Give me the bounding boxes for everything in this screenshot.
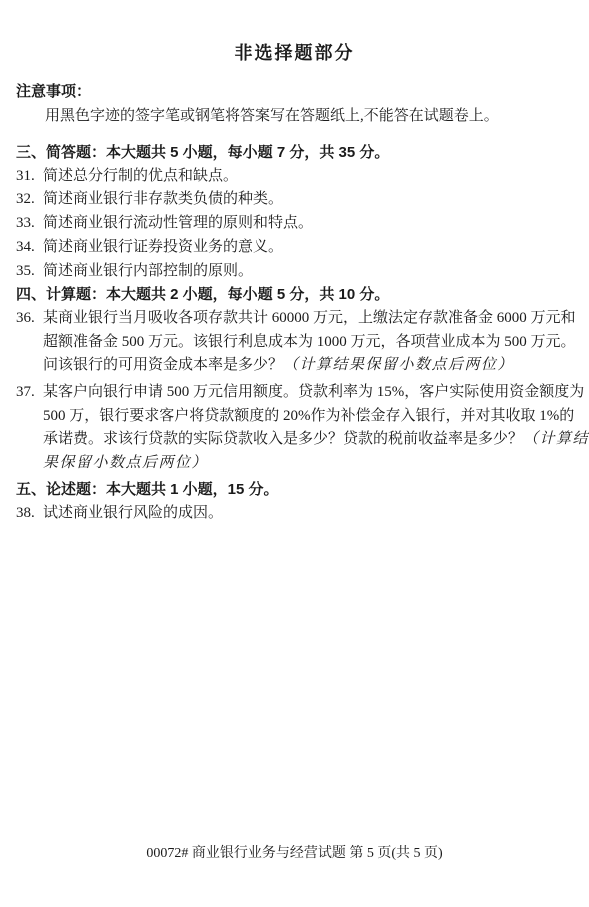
question-number: 31. bbox=[16, 165, 43, 189]
question-35: 35. 简述商业银行内部控制的原则。 bbox=[16, 260, 575, 284]
calc-note: （计算结 bbox=[523, 431, 589, 447]
notice-block: 注意事项： 用黑色字迹的签字笔或钢笔将答案写在答题纸上,不能答在试题卷上。 bbox=[0, 80, 589, 128]
question-number: 37. bbox=[16, 381, 43, 405]
question-number: 34. bbox=[16, 236, 43, 260]
question-text: 某商业银行当月吸收各项存款共计 60000 万元，上缴法定存款准备金 6000 … bbox=[43, 310, 576, 326]
calc-note: 果保留小数点后两位） bbox=[43, 455, 208, 471]
question-number: 33. bbox=[16, 212, 43, 236]
question-33: 33. 简述商业银行流动性管理的原则和特点。 bbox=[16, 212, 575, 236]
question-37: 37. 某客户向银行申请 500 万元信用额度。贷款利率为 15%，客户实际使用… bbox=[16, 381, 575, 476]
question-32: 32. 简述商业银行非存款类负债的种类。 bbox=[16, 188, 575, 212]
question-text: 简述总分行制的优点和缺点。 bbox=[43, 168, 238, 184]
question-text: 500 万，银行要求客户将贷款额度的 20%作为补偿金存入银行，并对其收取 1%… bbox=[43, 408, 574, 424]
question-text: 试述商业银行风险的成因。 bbox=[43, 505, 223, 521]
question-text: 某客户向银行申请 500 万元信用额度。贷款利率为 15%，客户实际使用资金额度… bbox=[43, 384, 584, 400]
question-text: 问该银行的可用资金成本率是多少？ bbox=[43, 357, 283, 373]
question-number: 35. bbox=[16, 260, 43, 284]
question-36: 36. 某商业银行当月吸收各项存款共计 60000 万元，上缴法定存款准备金 6… bbox=[16, 307, 575, 378]
question-number: 32. bbox=[16, 188, 43, 212]
question-34: 34. 简述商业银行证券投资业务的意义。 bbox=[16, 236, 575, 260]
question-text: 承诺费。求该行贷款的实际贷款收入是多少？贷款的税前收益率是多少？ bbox=[43, 431, 523, 447]
question-38: 38. 试述商业银行风险的成因。 bbox=[16, 502, 575, 526]
section-heading-5: 五、论述题：本大题共 1 小题，15 分。 bbox=[16, 478, 575, 502]
exam-page: 非选择题部分 注意事项： 用黑色字迹的签字笔或钢笔将答案写在答题纸上,不能答在试… bbox=[0, 0, 589, 907]
notice-label: 注意事项： bbox=[16, 80, 589, 104]
question-number: 36. bbox=[16, 307, 43, 331]
question-31: 31. 简述总分行制的优点和缺点。 bbox=[16, 165, 575, 189]
question-number: 38. bbox=[16, 502, 43, 526]
question-text: 简述商业银行流动性管理的原则和特点。 bbox=[43, 215, 313, 231]
section-heading-4: 四、计算题：本大题共 2 小题，每小题 5 分，共 10 分。 bbox=[16, 283, 575, 307]
notice-text: 用黑色字迹的签字笔或钢笔将答案写在答题纸上,不能答在试题卷上。 bbox=[16, 104, 589, 128]
page-footer: 00072# 商业银行业务与经营试题 第 5 页(共 5 页) bbox=[0, 845, 589, 863]
question-text: 简述商业银行非存款类负债的种类。 bbox=[43, 191, 283, 207]
question-text: 简述商业银行内部控制的原则。 bbox=[43, 263, 253, 279]
section-heading-3: 三、简答题：本大题共 5 小题，每小题 7 分，共 35 分。 bbox=[16, 141, 575, 165]
question-area: 三、简答题：本大题共 5 小题，每小题 7 分，共 35 分。 31. 简述总分… bbox=[0, 141, 589, 525]
question-text: 简述商业银行证券投资业务的意义。 bbox=[43, 239, 283, 255]
calc-note: （计算结果保留小数点后两位） bbox=[283, 357, 514, 373]
page-title: 非选择题部分 bbox=[0, 0, 589, 64]
question-text: 超额准备金 500 万元。该银行利息成本为 1000 万元，各项营业成本为 50… bbox=[43, 334, 576, 350]
